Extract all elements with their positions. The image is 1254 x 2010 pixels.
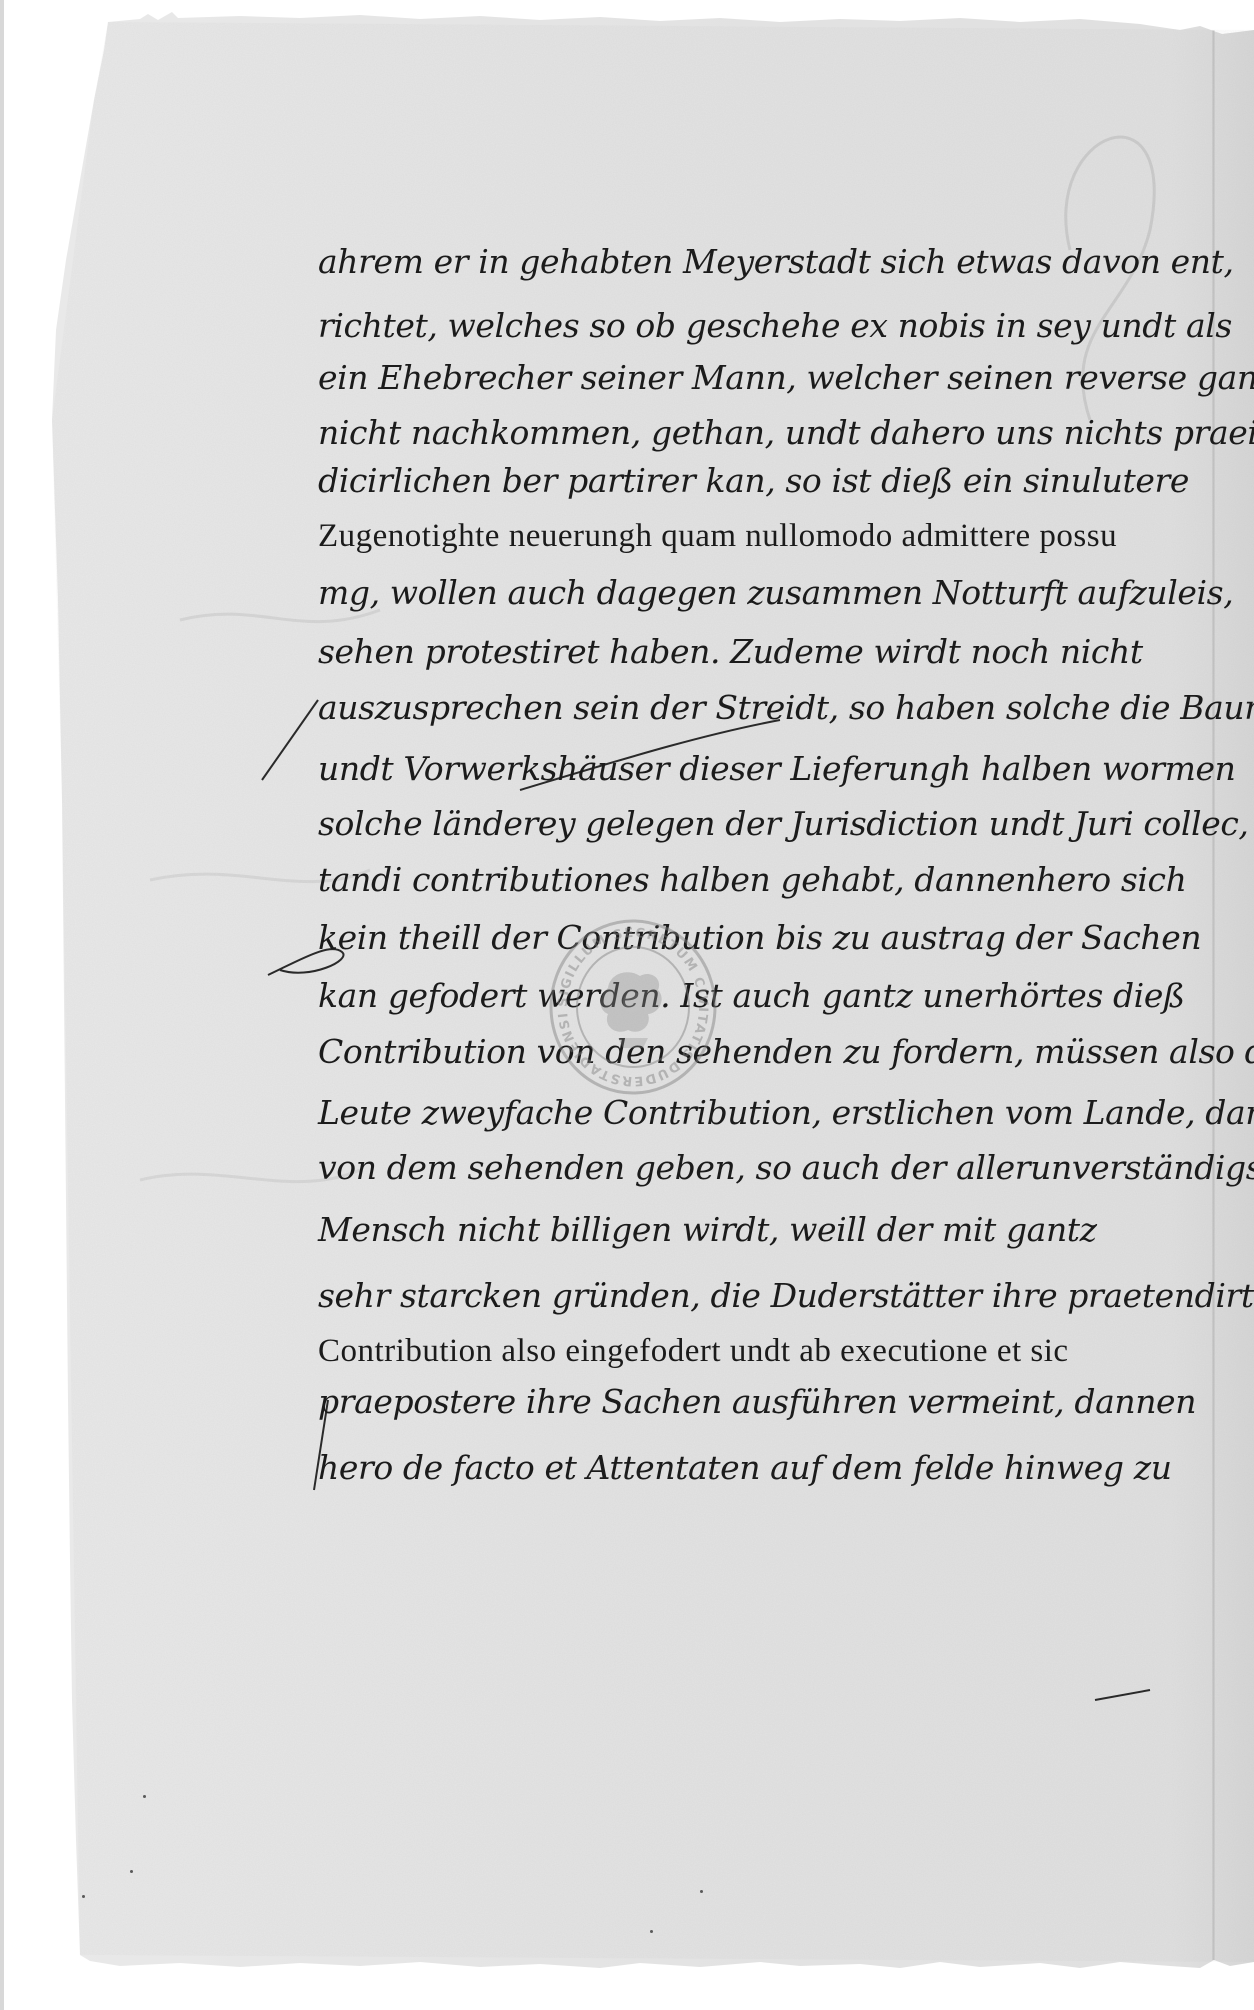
text-line-6: Zugenotighte neuerungh quam nullomodo ad…	[318, 508, 1218, 564]
text-line-14: kan gefodert werden. Ist auch gantz uner…	[318, 968, 1218, 1024]
text-line-20: Contribution also eingefodert undt ab ex…	[318, 1323, 1218, 1379]
text-line-7: mg, wollen auch dagegen zusammen Notturf…	[318, 565, 1218, 621]
text-line-11: solche länderey gelegen der Jurisdiction…	[318, 796, 1218, 852]
text-line-21: praepostere ihre Sachen ausführen vermei…	[318, 1374, 1218, 1430]
text-line-3: ein Ehebrecher seiner Mann, welcher sein…	[318, 350, 1218, 406]
ink-speck	[700, 1890, 703, 1893]
text-line-13: kein theill der Contribution bis zu aust…	[318, 910, 1218, 966]
ink-speck	[650, 1930, 653, 1933]
text-line-22: hero de facto et Attentaten auf dem feld…	[318, 1440, 1218, 1496]
text-line-15: Contribution von den sehenden zu fordern…	[318, 1024, 1218, 1080]
text-line-5: dicirlichen ber partirer kan, so ist die…	[318, 453, 1218, 509]
text-line-8: sehen protestiret haben. Zudeme wirdt no…	[318, 624, 1218, 680]
text-line-2: richtet, welches so ob geschehe ex nobis…	[318, 298, 1218, 354]
lion-emblem-icon	[601, 972, 662, 1048]
text-line-19: sehr starcken gründen, die Duderstätter …	[318, 1268, 1218, 1324]
text-line-12: tandi contributiones halben gehabt, dann…	[318, 852, 1218, 908]
ink-speck	[82, 1895, 85, 1898]
text-line-1: ahrem er in gehabten Meyerstadt sich etw…	[318, 234, 1218, 290]
text-line-10: undt Vorwerkshäuser dieser Lieferungh ha…	[318, 741, 1218, 797]
text-line-16: Leute zweyfache Contribution, erstlichen…	[318, 1085, 1218, 1141]
text-line-17: von dem sehenden geben, so auch der alle…	[318, 1140, 1218, 1196]
archive-seal-stamp: SIGILLUM SECRETUM CIVITATIS DUDERSTADIEN…	[548, 918, 718, 1096]
ink-speck	[130, 1870, 133, 1873]
text-line-18: Mensch nicht billigen wirdt, weill der m…	[318, 1202, 1218, 1258]
text-line-9: auszusprechen sein der Streidt, so haben…	[318, 680, 1218, 736]
ink-speck	[143, 1795, 146, 1798]
